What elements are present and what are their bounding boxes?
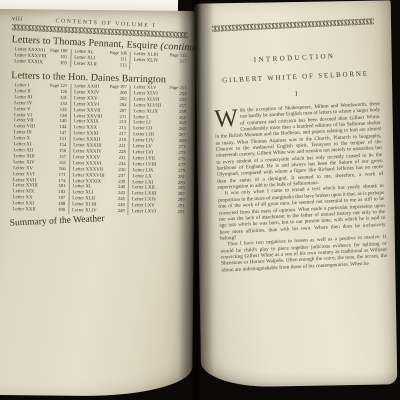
- toc-entry-page: 190: [56, 208, 65, 214]
- pennant-toc-column-3: Letter XLIIIPage 115Letter XLIV117: [129, 52, 189, 73]
- toc-entry-page: 293: [175, 210, 184, 216]
- summary-of-weather-title: Summary of the Weather: [10, 212, 160, 229]
- toc-entry: Letter XXXIX103: [14, 59, 67, 67]
- toc-entry-label: Letter XLII: [74, 62, 97, 69]
- pennant-toc-column-1: Letter XXXVIIPage 100Letter XXXVIII101Le…: [11, 47, 70, 68]
- toc-entry-page: 103: [58, 61, 67, 67]
- toc-entry-label: Letter XXII: [12, 207, 35, 213]
- barrington-toc-column-1: Letter IPage 121Letter II126Letter III13…: [9, 83, 70, 214]
- chapter-subheading: GILBERT WHITE OF SELBORNE: [212, 69, 378, 85]
- drop-cap: W: [214, 108, 241, 129]
- right-page: INTRODUCTION GILBERT WHITE OF SELBORNE I…: [195, 0, 398, 387]
- pennant-toc-column-2: Letter XLPage 106Letter XLI111Letter XLI…: [70, 49, 130, 70]
- left-page: viii CONTENTS OF VOLUME I Letters to Tho…: [0, 9, 196, 397]
- barrington-toc-column-3: Letter XLVPage 251Letter XLVI253Letter X…: [128, 85, 190, 216]
- toc-entry-page: 113: [118, 63, 127, 69]
- intro-paragraph-3: Thus I have two negatives to loosen as w…: [220, 234, 387, 274]
- chapter-heading: INTRODUCTION: [211, 50, 377, 66]
- toc-entry: Letter XXII190: [12, 207, 65, 214]
- section-numeral: I: [213, 86, 379, 102]
- top-rule: [212, 18, 374, 32]
- barrington-toc-column-2: Letter XXIIIPage 197Letter XXIV200Letter…: [68, 84, 130, 215]
- intro-paragraph-1: With the exception of Shakespeare, Milto…: [214, 101, 384, 191]
- book-photo: viii CONTENTS OF VOLUME I Letters to Tho…: [0, 0, 400, 400]
- right-page-content: INTRODUCTION GILBERT WHITE OF SELBORNE I…: [193, 0, 400, 390]
- toc-entry-label: Letter XXXIX: [14, 59, 43, 66]
- folio-number: viii: [12, 15, 42, 23]
- left-page-content: viii CONTENTS OF VOLUME I Letters to Tho…: [0, 9, 196, 397]
- toc-entry: Letter XLII113: [74, 62, 127, 70]
- intro-paragraph-2: It was only when I came to reread a text…: [218, 183, 386, 242]
- intro-paragraph-1-text: ith the exception of Shakespeare, Milton…: [215, 101, 383, 191]
- toc-entry-label: Letter XLIV: [134, 58, 159, 65]
- barrington-toc-table: Letter IPage 121Letter II126Letter III13…: [9, 83, 189, 216]
- toc-entry: Letter XLIV117: [134, 58, 187, 66]
- toc-entry-page: 117: [177, 60, 186, 66]
